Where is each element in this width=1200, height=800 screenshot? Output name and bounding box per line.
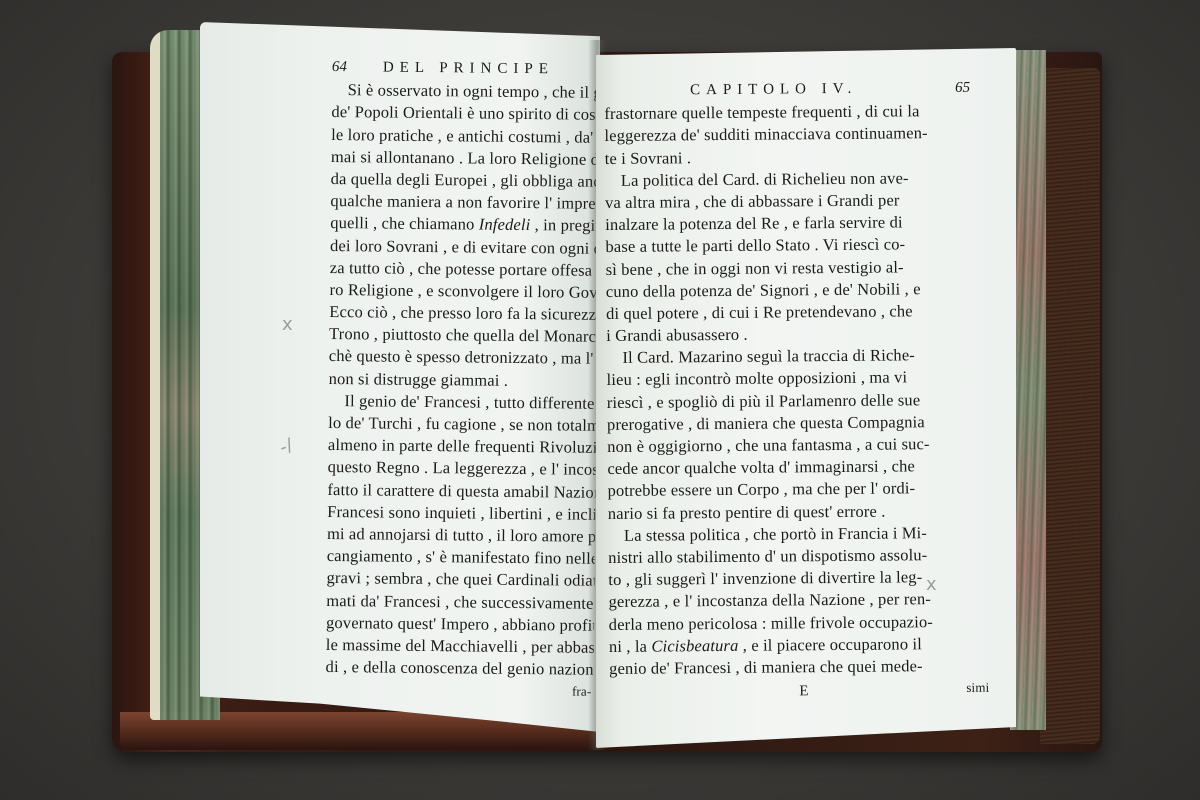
text-line: Trono , piuttosto che quella del Monarca… [329, 323, 597, 348]
text-line: mi ad annojarsi di tutto , il loro amore… [327, 523, 595, 548]
text-line: chè questo è spesso detronizzato , ma l'… [329, 345, 597, 370]
text-line: dei loro Sovrani , e di evitare con ogni… [330, 235, 598, 260]
catchword: fra- [325, 678, 593, 703]
signature-mark: E [799, 680, 809, 702]
text-span: ni , la [609, 636, 652, 655]
text-line: questo Regno . La leggerezza , e l' inco… [328, 456, 596, 481]
text-line: za tutto ciò , che potesse portare offes… [330, 257, 598, 282]
text-line: almeno in parte delle frequenti Rivoluzi… [328, 434, 596, 459]
text-line: non si distrugge giammai . [329, 368, 597, 393]
page-number: 65 [955, 77, 970, 99]
text-line: lo de' Turchi , fu cagione , se non tota… [328, 412, 596, 437]
text-line: Si è osservato in ogni tempo , che il ge [332, 79, 600, 104]
right-running-head: CAPITOLO IV. 65 [604, 76, 1010, 102]
running-head-title: DEL PRINCIPE [383, 57, 554, 81]
text-line: Francesi sono inquieti , libertini , e i… [327, 501, 595, 526]
italic-term: Cicisbeatura [651, 636, 738, 656]
leather-cover-right-edge [1040, 68, 1100, 744]
text-line: Ecco ciò , che presso loro fa la sicurez… [329, 301, 597, 326]
left-running-head: 64 DEL PRINCIPE [332, 56, 600, 81]
text-line: ro Religione , e sconvolgere il loro Gov… [329, 279, 597, 304]
text-line: quelli , che chiamano Infedeli , in preg… [330, 212, 598, 237]
text-line: gravi ; sembra , che quei Cardinali odia… [326, 567, 594, 592]
text-line: qualche maniera a non favorire l' impres… [330, 190, 598, 215]
left-page: 64 DEL PRINCIPE Si è osservato in ogni t… [200, 22, 600, 732]
pencil-x-mark: x [282, 314, 293, 335]
right-page: CAPITOLO IV. 65 frastornare quelle tempe… [596, 48, 1016, 748]
text-line: le loro pratiche , e antichi costumi , d… [331, 124, 599, 149]
text-line: de' Popoli Orientali è uno spirito di co… [331, 101, 599, 126]
text-span: , e il piacere occuparono il [738, 634, 922, 655]
left-page-body: Si è osservato in ogni tempo , che il ge… [325, 79, 599, 681]
catchword: simi [966, 677, 991, 701]
running-head-title: CAPITOLO IV. [690, 78, 857, 102]
page-footer: E simi [609, 677, 1015, 705]
pencil-x-mark: x [926, 574, 937, 595]
pencil-tick-mark: -/ [277, 434, 296, 458]
right-page-body: frastornare quelle tempeste frequenti , … [604, 100, 1015, 680]
text-line: le massime del Macchiavelli , per abbass… [326, 634, 594, 659]
book-photo: 64 DEL PRINCIPE Si è osservato in ogni t… [0, 0, 1200, 800]
text-line: mai si allontanano . La loro Religione d… [331, 146, 599, 171]
text-line: fatto il carattere di questa amabil Nazi… [327, 479, 595, 504]
text-line: da quella degli Europei , gli obbliga an… [331, 168, 599, 193]
text-span: quelli , che chiamano [330, 213, 479, 234]
page-number: 64 [332, 56, 347, 78]
text-line: di , e della conoscenza del genio nazion… [325, 656, 593, 681]
text-line: mati da' Francesi , che successivamente … [326, 589, 594, 614]
right-page-text: CAPITOLO IV. 65 frastornare quelle tempe… [604, 76, 1015, 704]
italic-term: Infedeli [479, 215, 531, 235]
text-line: cangiamento , s' è manifestato fino nell… [327, 545, 595, 570]
left-page-text: 64 DEL PRINCIPE Si è osservato in ogni t… [325, 56, 600, 703]
text-line: Il genio de' Francesi , tutto differente… [328, 390, 596, 415]
text-line: governato quest' Impero , abbiano profit… [326, 612, 594, 637]
